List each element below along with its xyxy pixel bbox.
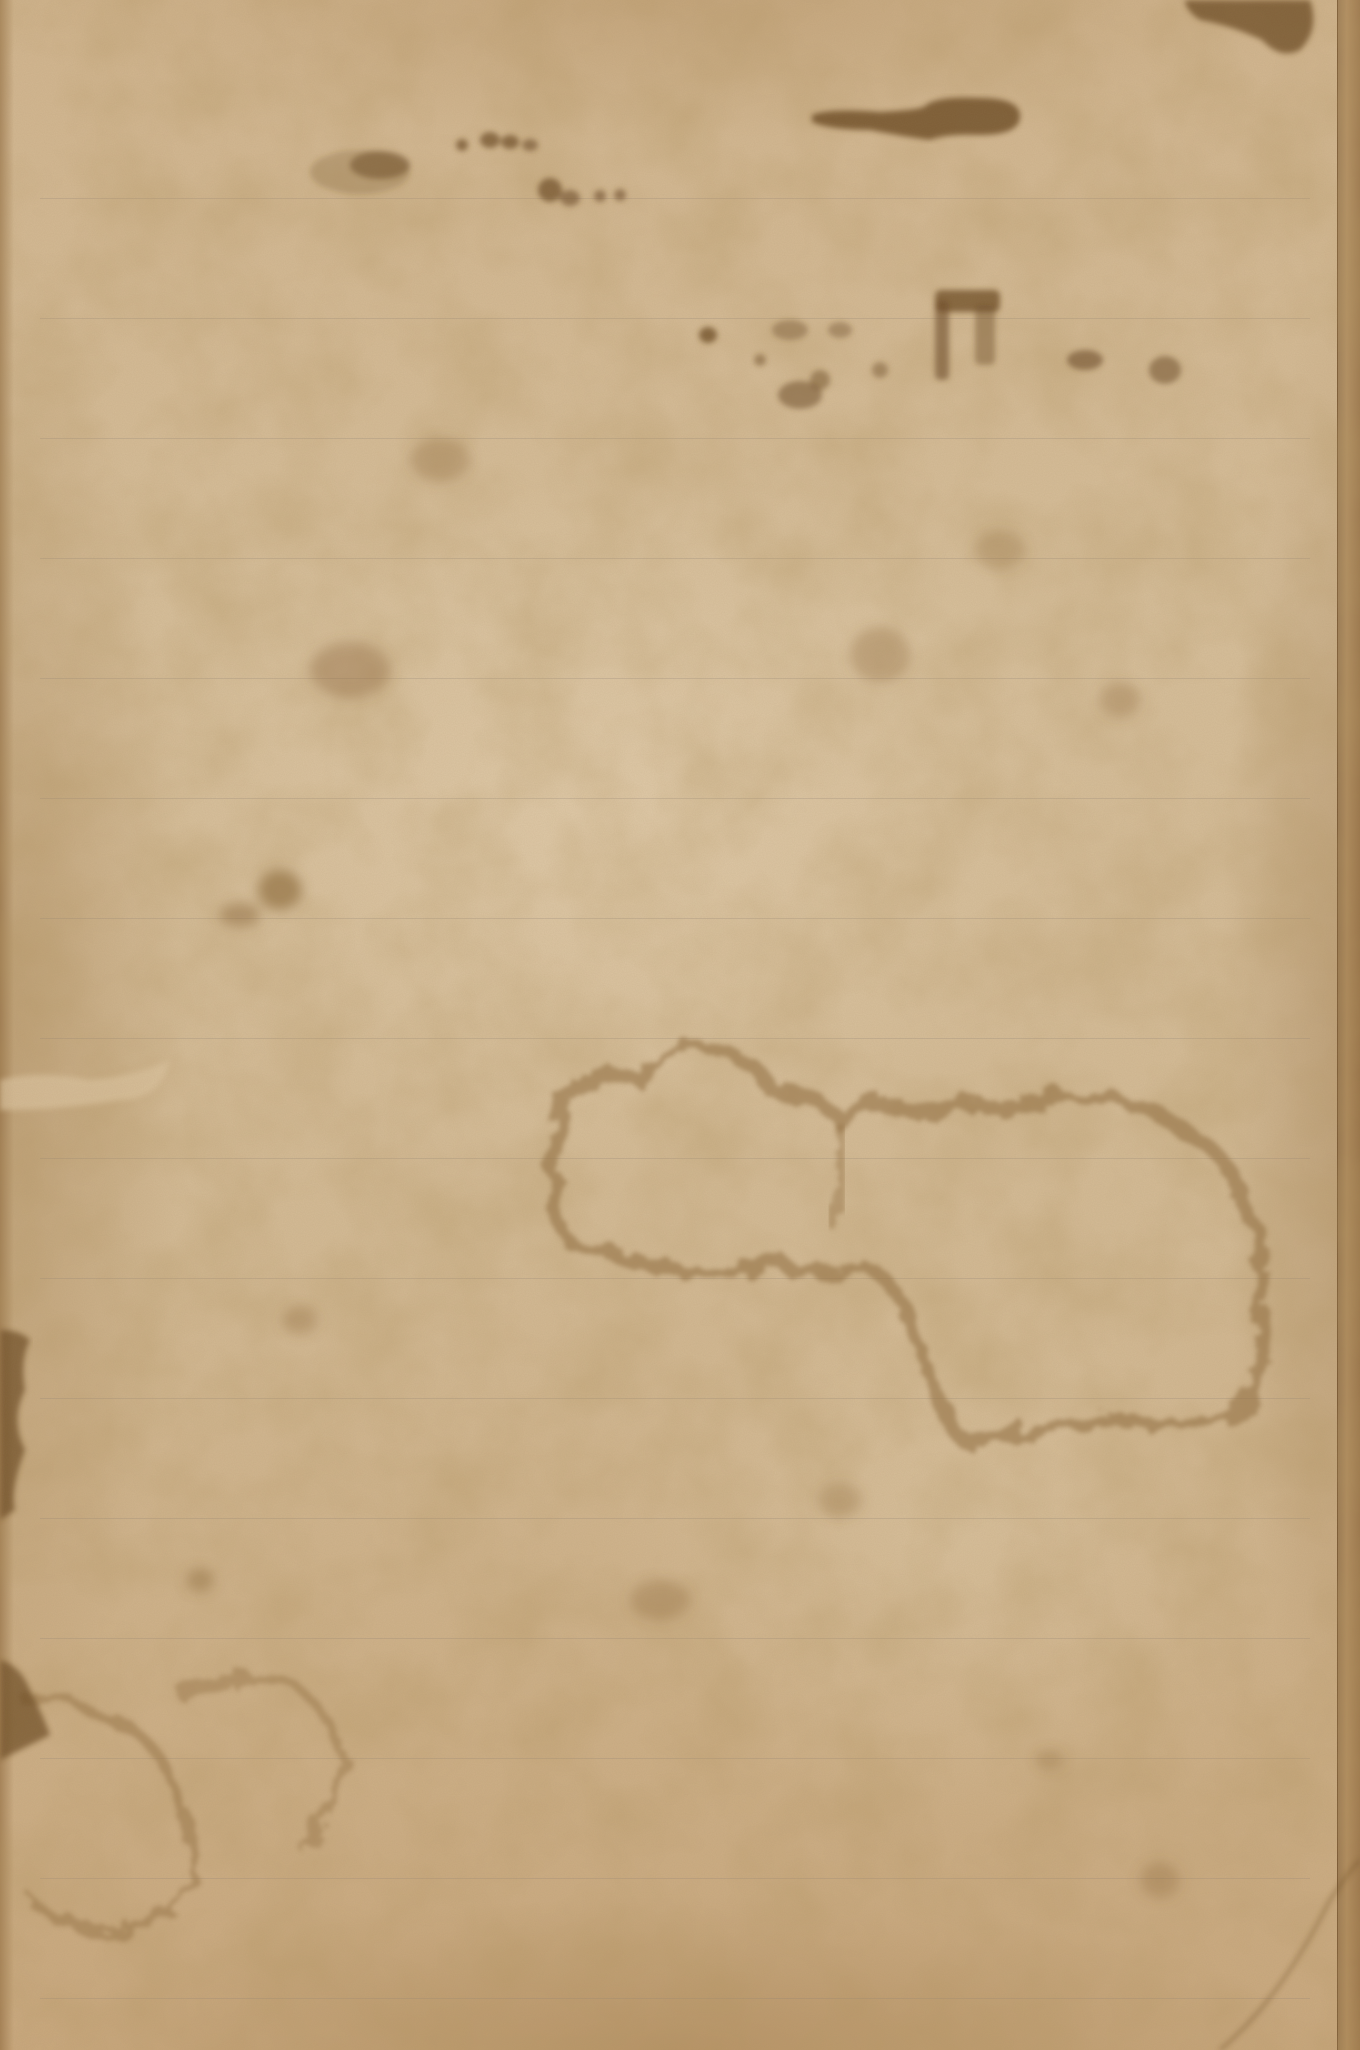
- foxing-spots: [186, 438, 1180, 1898]
- coffee-ring-bottom-left-2: [180, 1677, 342, 1850]
- stains-layer: [0, 0, 1360, 2050]
- ruled-lines: [0, 0, 1360, 2050]
- rule-line: [40, 1638, 1310, 1639]
- coffee-ring-inner: [830, 1120, 843, 1230]
- rule-line: [40, 1158, 1310, 1159]
- rule-line: [40, 1278, 1310, 1279]
- rule-line: [40, 1038, 1310, 1039]
- rule-line: [40, 198, 1310, 199]
- ink-smear: [812, 98, 1020, 140]
- rule-line: [40, 918, 1310, 919]
- corner-stain: [1185, 0, 1313, 53]
- foxing-mottle: [0, 0, 1360, 2050]
- rule-line: [40, 1878, 1310, 1879]
- torn-crease-left: [0, 1060, 170, 1110]
- rule-line: [40, 1518, 1310, 1519]
- splatter-top-left: [310, 132, 626, 206]
- blotch-cluster: [699, 290, 1181, 409]
- left-page-edge: [0, 0, 14, 2050]
- aged-paper-page: [0, 0, 1360, 2050]
- coffee-ring-large: [553, 1044, 1262, 1445]
- rule-line: [40, 1398, 1310, 1399]
- rule-line: [40, 438, 1310, 439]
- paper-grain: [0, 0, 1360, 2050]
- right-page-edge: [1337, 0, 1360, 2050]
- rule-line: [40, 318, 1310, 319]
- rule-line: [40, 798, 1310, 799]
- rule-line: [40, 558, 1310, 559]
- rule-line: [40, 678, 1310, 679]
- rule-line: [40, 1758, 1310, 1759]
- coffee-ring-bottom-left: [20, 1698, 193, 1931]
- rule-line: [40, 1998, 1310, 1999]
